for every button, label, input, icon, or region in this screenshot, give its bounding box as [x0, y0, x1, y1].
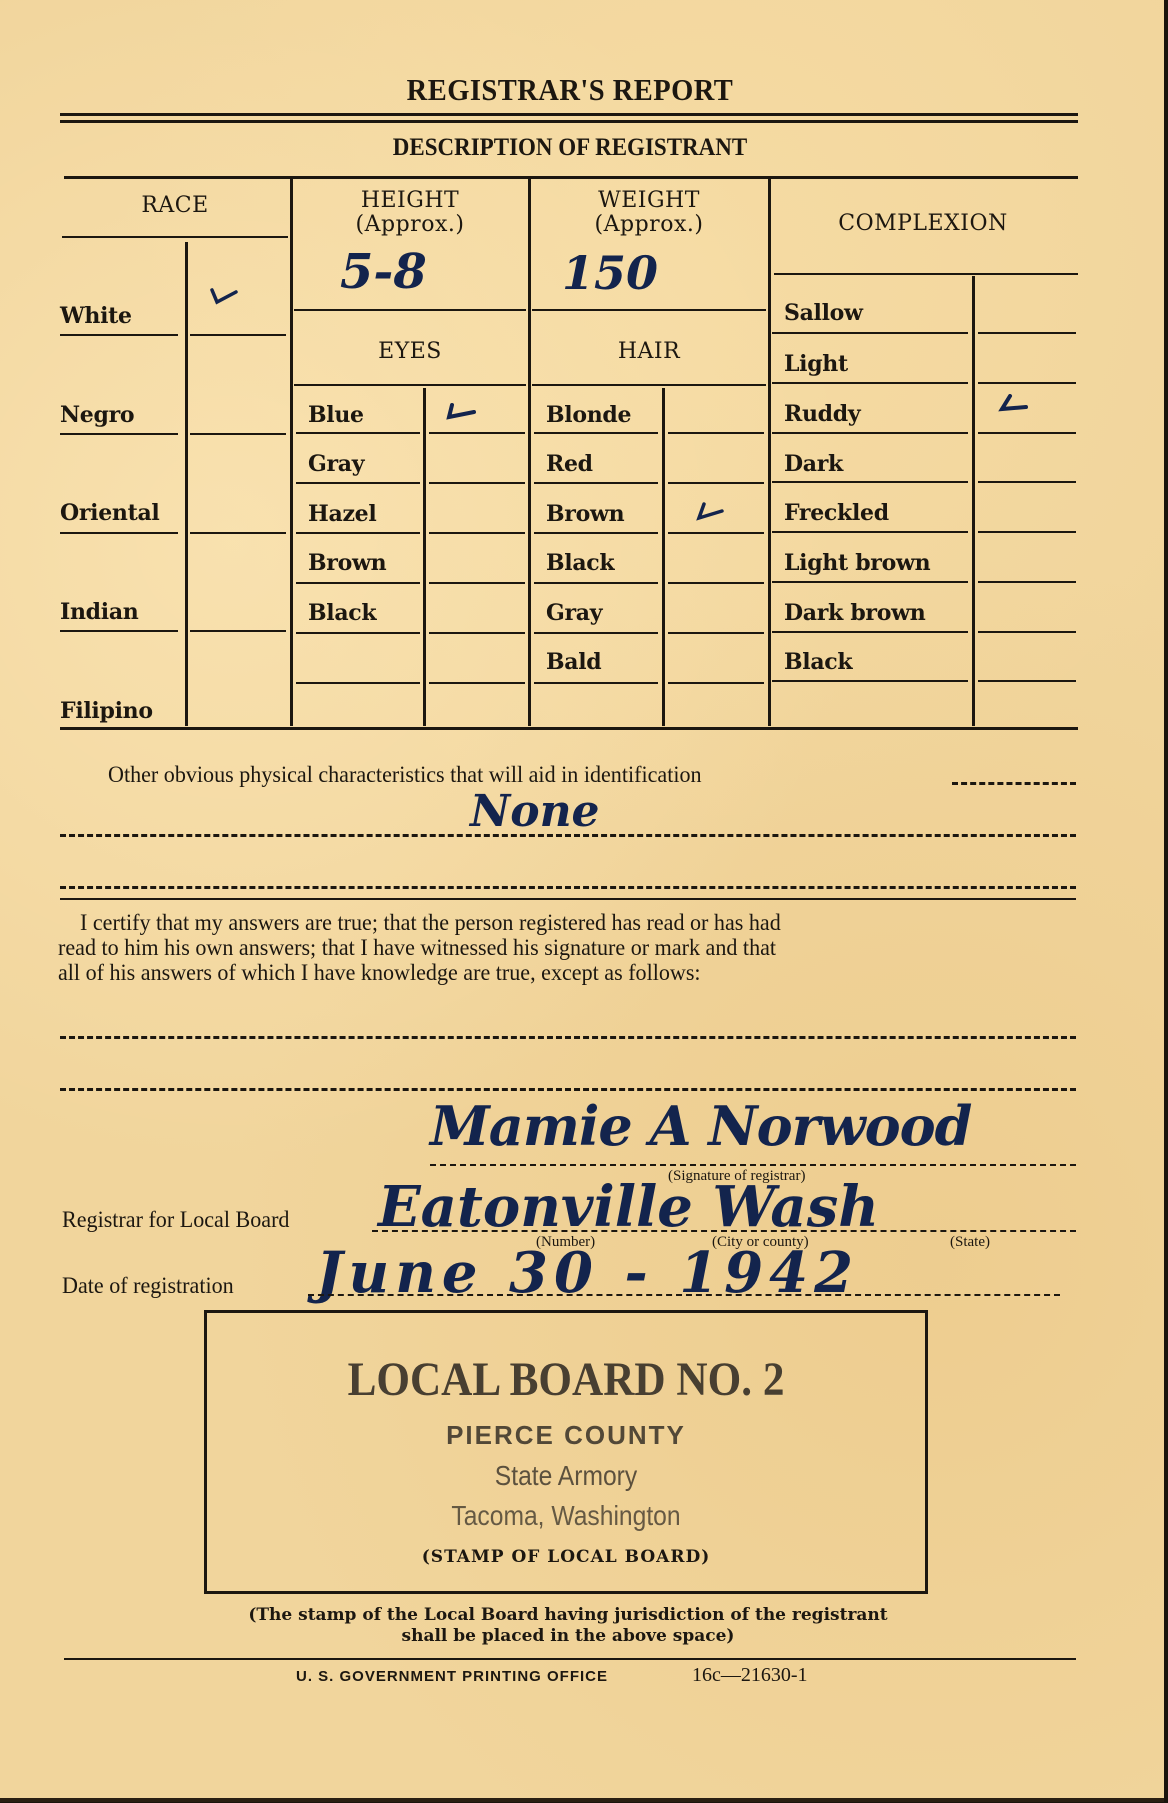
signature-line	[430, 1164, 1076, 1166]
grid-hline	[668, 432, 764, 434]
grid-hline	[534, 582, 658, 584]
local-board-line	[372, 1230, 1076, 1232]
grid-hline	[668, 482, 764, 484]
stamp-line-city: Tacoma, Washington	[247, 1500, 884, 1532]
eyes-option-hazel[interactable]: Hazel	[308, 501, 376, 527]
table-bottom-rule	[60, 727, 1078, 730]
grid-hline	[190, 334, 286, 336]
grid-hline	[772, 581, 968, 583]
hair-option-blonde[interactable]: Blonde	[546, 402, 631, 428]
physical-characteristics-label: Other obvious physical characteristics t…	[108, 762, 702, 787]
stamp-note-line2: shall be placed in the above space)	[60, 1626, 1076, 1647]
grid-hline	[60, 532, 178, 534]
title-rule-top	[60, 113, 1078, 116]
complexion-option-light[interactable]: Light	[784, 351, 848, 377]
grid-hline	[772, 531, 968, 533]
exceptions-line	[60, 1036, 1076, 1039]
grid-hline	[532, 309, 766, 311]
grid-hline	[429, 632, 525, 634]
stamp-line-armory: State Armory	[247, 1460, 884, 1492]
grid-hline	[294, 309, 526, 311]
grid-hline	[532, 384, 766, 386]
grid-hline	[978, 680, 1076, 682]
complexion-option-freckled[interactable]: Freckled	[784, 500, 889, 526]
eyes-header: EYES	[292, 340, 528, 363]
grid-hline	[429, 582, 525, 584]
race-option-oriental[interactable]: Oriental	[60, 500, 159, 526]
grid-hline	[978, 631, 1076, 633]
registrar-report-card: REGISTRAR'S REPORT DESCRIPTION OF REGIST…	[0, 0, 1164, 1802]
grid-hline	[668, 582, 764, 584]
dashed-line	[60, 834, 1076, 837]
grid-hline	[190, 532, 286, 534]
checkmark-icon	[208, 286, 244, 306]
table-top-rule	[64, 176, 1078, 179]
hair-option-red[interactable]: Red	[546, 451, 593, 477]
certification-text-line3: all of his answers of which I have knowl…	[58, 960, 701, 985]
stamp-line-county: PIERCE COUNTY	[204, 1420, 928, 1451]
certification-text-line1: I certify that my answers are true; that…	[80, 910, 781, 935]
grid-hline	[534, 682, 658, 684]
grid-vline	[528, 178, 531, 726]
section-rule	[60, 898, 1076, 900]
hair-option-brown[interactable]: Brown	[546, 501, 624, 527]
race-option-negro[interactable]: Negro	[60, 402, 134, 428]
grid-hline	[772, 631, 968, 633]
grid-hline	[62, 236, 288, 238]
grid-vline	[423, 388, 426, 726]
registrar-signature[interactable]: Mamie A Norwood	[430, 1094, 971, 1158]
grid-hline	[296, 582, 420, 584]
eyes-option-gray[interactable]: Gray	[308, 451, 364, 477]
weight-value[interactable]: 150	[562, 246, 658, 300]
grid-hline	[190, 630, 286, 632]
grid-hline	[978, 382, 1076, 384]
stamp-line-board: LOCAL BOARD NO. 2	[240, 1352, 892, 1407]
grid-hline	[668, 632, 764, 634]
grid-hline	[978, 332, 1076, 334]
title-rule-bottom	[60, 120, 1078, 123]
form-number: 16c—21630-1	[692, 1664, 808, 1687]
grid-hline	[429, 682, 525, 684]
complexion-option-sallow[interactable]: Sallow	[784, 300, 863, 326]
hair-header: HAIR	[530, 340, 768, 363]
grid-hline	[978, 481, 1076, 483]
grid-hline	[668, 532, 764, 534]
hair-option-bald[interactable]: Bald	[546, 649, 601, 675]
section-subtitle: DESCRIPTION OF REGISTRANT	[46, 134, 1095, 162]
grid-hline	[60, 334, 178, 336]
grid-hline	[534, 482, 658, 484]
complexion-option-ruddy[interactable]: Ruddy	[784, 401, 860, 427]
complexion-option-light-brown[interactable]: Light brown	[784, 550, 930, 576]
dashed-line	[60, 886, 1076, 889]
checkmark-icon	[444, 402, 480, 422]
complexion-option-dark[interactable]: Dark	[784, 451, 843, 477]
grid-hline	[296, 632, 420, 634]
footer-rule	[64, 1658, 1076, 1660]
height-subheader: (Approx.)	[292, 213, 528, 236]
grid-vline	[185, 242, 188, 726]
stamp-note-line1: (The stamp of the Local Board having jur…	[60, 1605, 1076, 1626]
race-option-indian[interactable]: Indian	[60, 599, 138, 625]
checkmark-icon	[996, 394, 1032, 414]
height-value[interactable]: 5-8	[340, 244, 427, 300]
grid-vline	[768, 178, 771, 726]
hair-option-gray[interactable]: Gray	[546, 600, 602, 626]
grid-vline	[972, 276, 975, 726]
grid-hline	[60, 433, 178, 435]
printer-credit: U. S. GOVERNMENT PRINTING OFFICE	[296, 1668, 608, 1685]
grid-hline	[296, 432, 420, 434]
date-value[interactable]: June 30 - 1942	[316, 1240, 859, 1306]
date-line	[308, 1294, 1060, 1296]
grid-hline	[429, 482, 525, 484]
grid-hline	[774, 273, 1078, 275]
grid-hline	[534, 632, 658, 634]
grid-hline	[294, 384, 526, 386]
grid-hline	[429, 432, 525, 434]
grid-hline	[296, 482, 420, 484]
race-option-white[interactable]: White	[60, 303, 132, 329]
complexion-header: COMPLEXION	[770, 212, 1076, 235]
grid-hline	[978, 432, 1076, 434]
local-board-state-caption: (State)	[950, 1234, 990, 1251]
grid-hline	[534, 532, 658, 534]
local-board-label: Registrar for Local Board	[62, 1207, 289, 1232]
grid-hline	[534, 432, 658, 434]
hair-option-black[interactable]: Black	[546, 550, 614, 576]
date-label: Date of registration	[62, 1273, 234, 1298]
eyes-option-black[interactable]: Black	[308, 600, 376, 626]
grid-hline	[772, 382, 968, 384]
eyes-option-blue[interactable]: Blue	[308, 402, 364, 428]
stamp-caption: (STAMP OF LOCAL BOARD)	[204, 1547, 928, 1567]
eyes-option-brown[interactable]: Brown	[308, 550, 386, 576]
grid-hline	[978, 581, 1076, 583]
page-title: REGISTRAR'S REPORT	[46, 72, 1095, 108]
race-header: RACE	[64, 194, 286, 217]
dashed-line	[952, 782, 1076, 785]
weight-header: WEIGHT	[530, 189, 768, 212]
grid-hline	[429, 532, 525, 534]
race-option-filipino[interactable]: Filipino	[60, 698, 153, 724]
checkmark-icon	[694, 502, 730, 522]
certification-text-line2: read to him his own answers; that I have…	[58, 935, 776, 960]
grid-hline	[772, 432, 968, 434]
grid-vline	[290, 178, 293, 726]
exceptions-line	[60, 1088, 1076, 1091]
physical-characteristics-value[interactable]: None	[470, 786, 600, 837]
grid-hline	[978, 531, 1076, 533]
grid-hline	[296, 682, 420, 684]
complexion-option-dark-brown[interactable]: Dark brown	[784, 600, 925, 626]
grid-hline	[296, 532, 420, 534]
grid-vline	[662, 388, 665, 726]
weight-subheader: (Approx.)	[530, 213, 768, 236]
grid-hline	[190, 433, 286, 435]
grid-hline	[772, 680, 968, 682]
complexion-option-black[interactable]: Black	[784, 649, 852, 675]
height-header: HEIGHT	[292, 189, 528, 212]
grid-hline	[772, 481, 968, 483]
grid-hline	[668, 682, 764, 684]
grid-hline	[772, 332, 968, 334]
grid-hline	[60, 630, 178, 632]
